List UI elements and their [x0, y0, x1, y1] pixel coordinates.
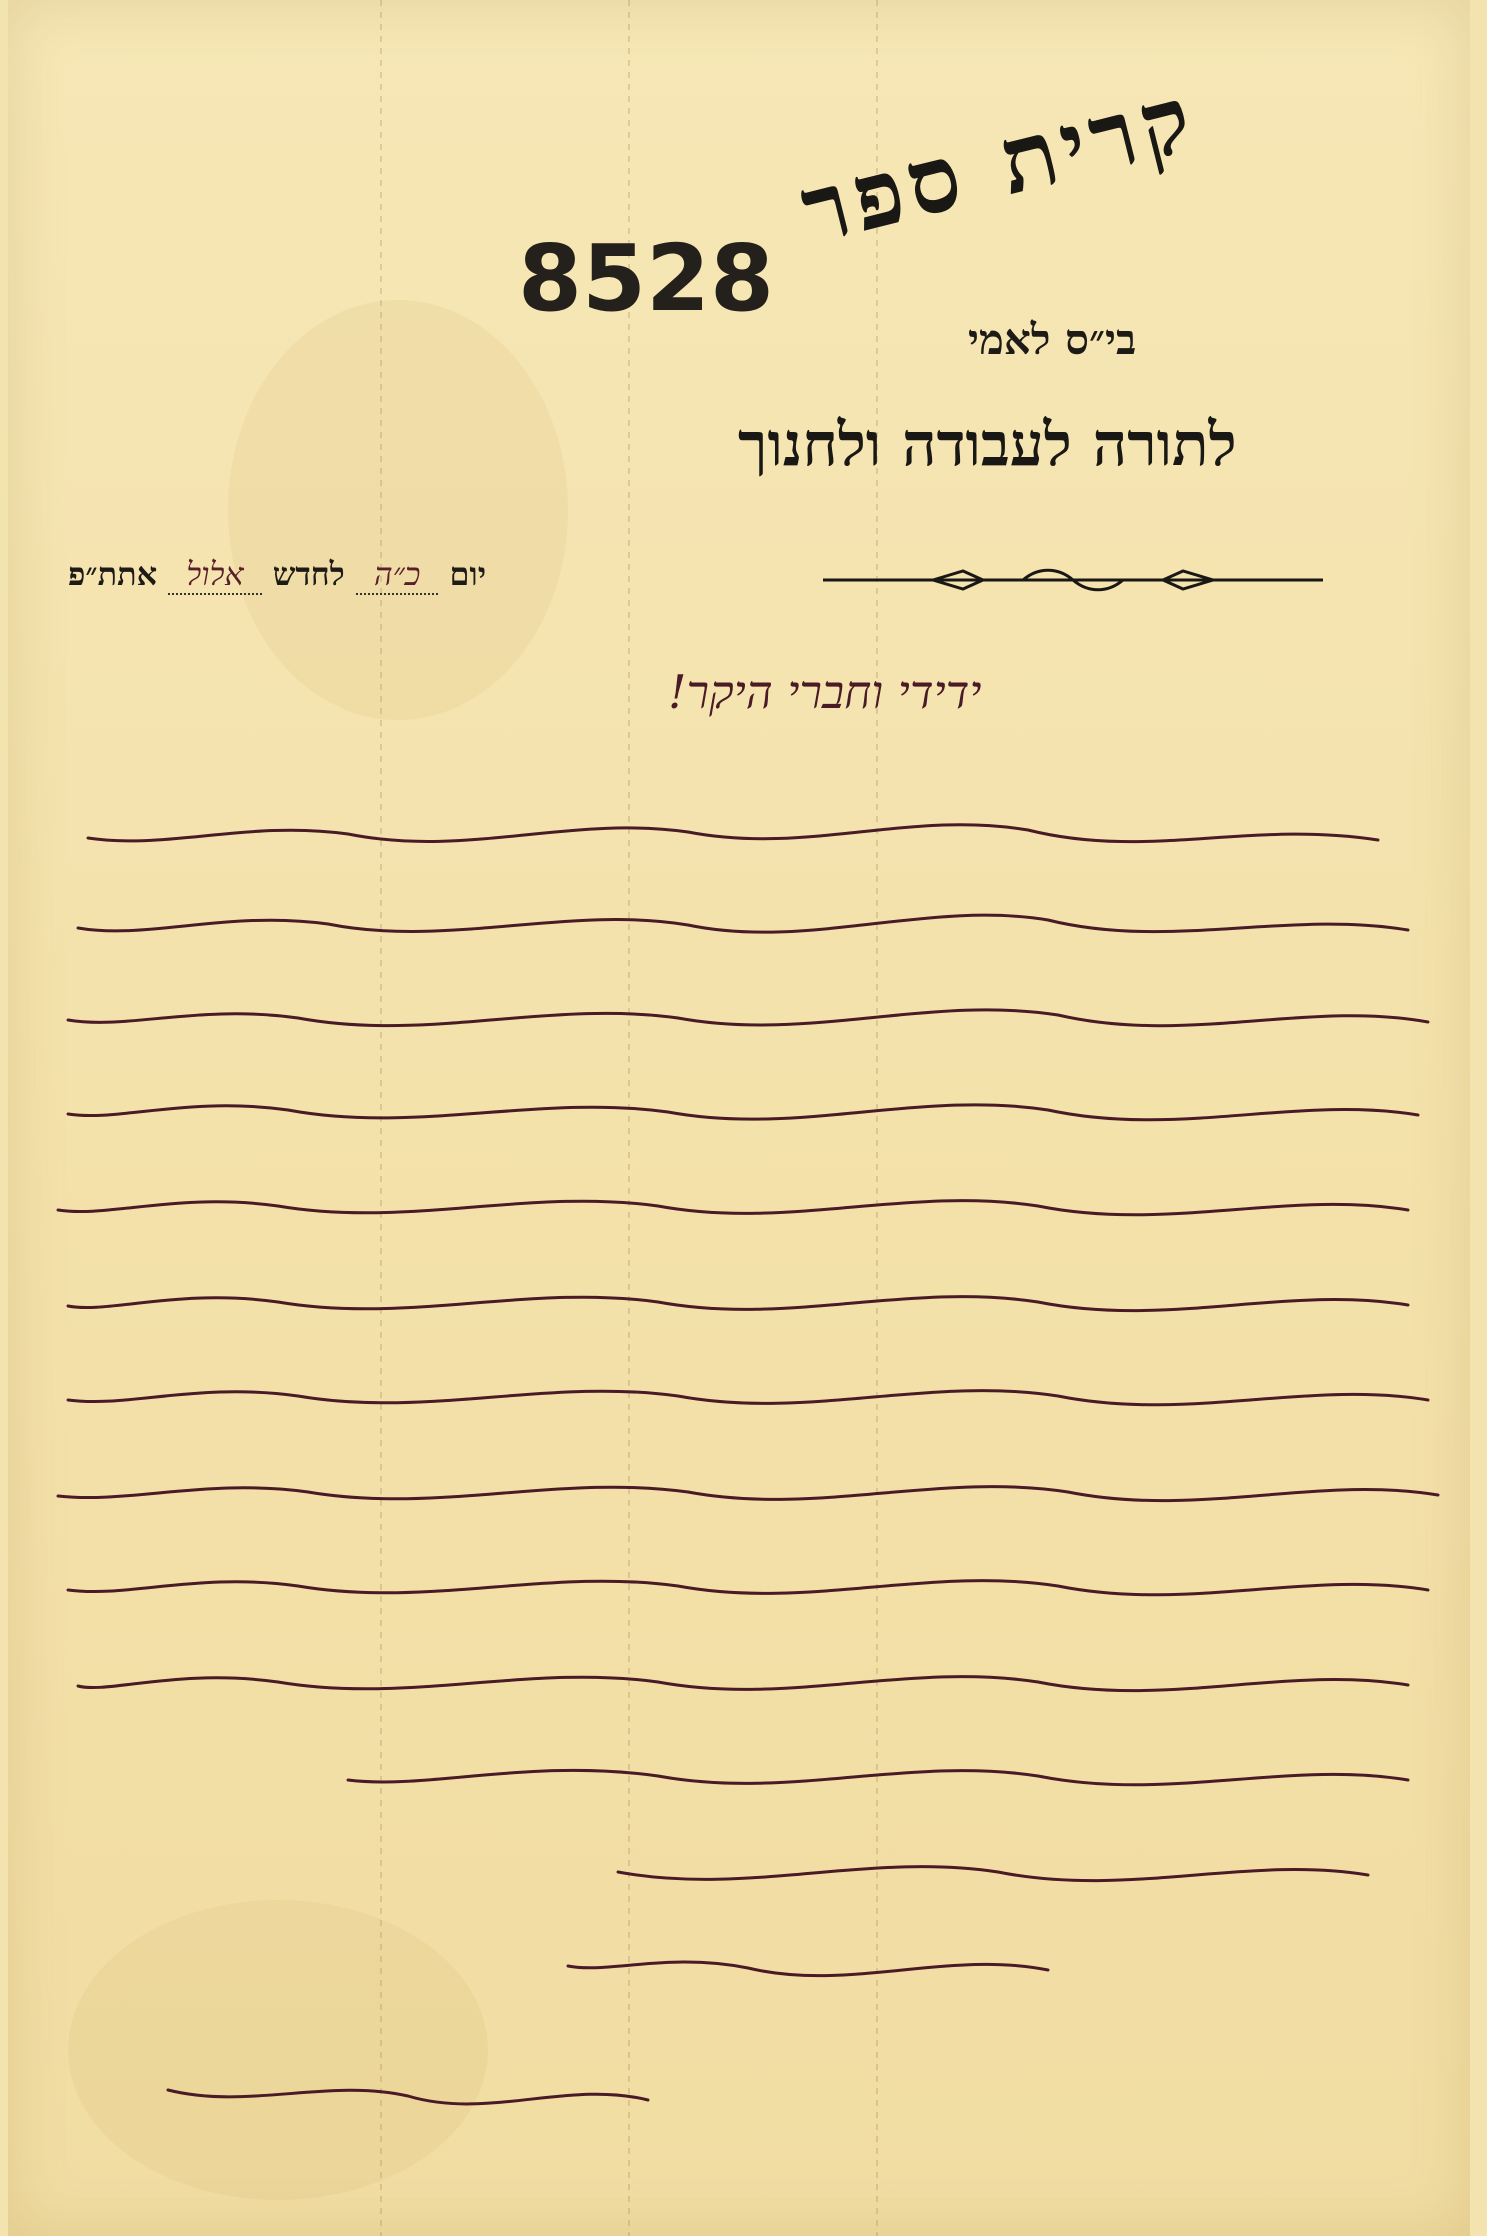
- salutation: ידידי וחברי היקר!: [668, 665, 981, 719]
- day-value: כ״ה: [356, 555, 439, 595]
- letterhead-subtitle: בי״ס לאמי: [968, 315, 1136, 365]
- month-value: אלול: [168, 555, 261, 595]
- letterhead-institution-name: קרית ספר: [791, 63, 1207, 265]
- handwritten-body: [48, 760, 1448, 2220]
- ornament-divider: [823, 565, 1323, 595]
- letterhead-motto: לתורה לעבודה ולחנוך: [738, 410, 1237, 480]
- day-label: יום: [450, 555, 487, 593]
- date-line: יום כ״ה לחדש אלול אתת״פ: [68, 555, 486, 593]
- paper-stain: [228, 300, 568, 720]
- month-label: לחדש: [273, 555, 345, 593]
- year-label: אתת״פ: [68, 555, 157, 593]
- letterhead-number: 8528: [518, 225, 774, 332]
- letter-card: קרית ספר 8528 בי״ס לאמי לתורה לעבודה ולח…: [8, 0, 1470, 2236]
